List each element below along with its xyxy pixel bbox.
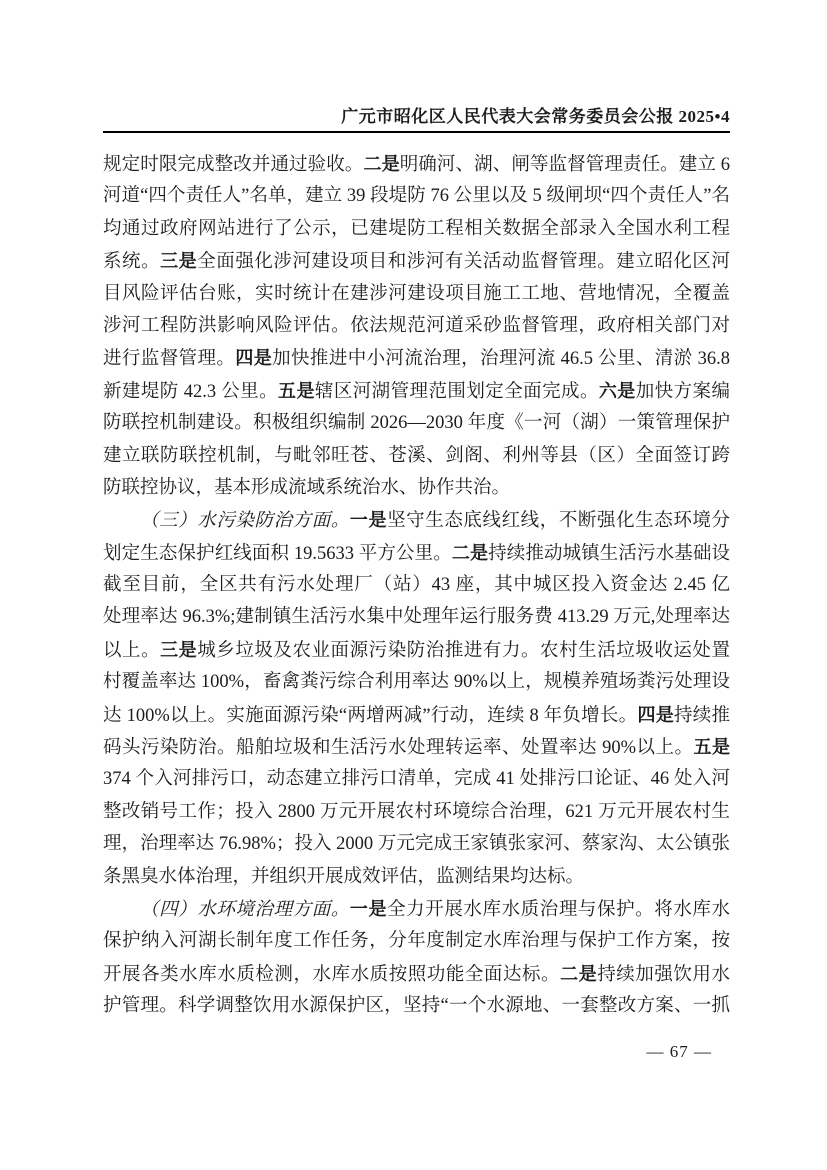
emphasis-run: 三是 bbox=[160, 251, 197, 271]
text-run: 规定时限完成整改并通过验收。 bbox=[103, 155, 363, 175]
gazette-header-title: 广元市昭化区人民代表大会常务委员会公报 2025•4 bbox=[103, 102, 730, 127]
text-line: 整改销号工作；投入 2800 万元开展农村环境综合治理，621 万元开展农村生活… bbox=[103, 796, 730, 828]
text-line: 均通过政府网站进行了公示，已建堤防工程相关数据全部录入全国水利工程运行管理 bbox=[103, 213, 730, 245]
text-run: 村覆盖率达 100%，畜禽粪污综合利用率达 90%以上，规模养殖场粪污处理设施配… bbox=[103, 672, 730, 698]
text-run: 涉河工程防洪影响风险评估。依法规范河道采砂监督管理，政府相关部门对采砂活动 bbox=[103, 316, 730, 342]
text-run: 系统。 bbox=[103, 252, 160, 272]
text-line: 达 100%以上。实施面源污染“两增两减”行动，连续 8 年负增长。四是持续推进… bbox=[103, 699, 730, 731]
text-line: 码头污染防治。船舶垃圾和生活污水处理转运率、处置率达 90%以上。五是全面排查 bbox=[103, 731, 730, 763]
emphasis-run: 四是 bbox=[637, 705, 674, 725]
text-run: 达 100%以上。实施面源污染“两增两减”行动，连续 8 年负增长。 bbox=[103, 706, 637, 726]
text-run: 条黑臭水体治理，并组织开展成效评估，监测结果均达标。 bbox=[103, 867, 584, 887]
text-line: 目风险评估台账，实时统计在建涉河建设项目施工工地、营地情况，全覆盖开展在建 bbox=[103, 278, 730, 310]
para-river-lake-supervision: 规定时限完成整改并通过验收。二是明确河、湖、闸等监督管理责任。建立 6 条山区河… bbox=[103, 148, 730, 504]
document-body: 规定时限完成整改并通过验收。二是明确河、湖、闸等监督管理责任。建立 6 条山区河… bbox=[103, 148, 730, 1023]
text-run: 进行监督管理。 bbox=[103, 349, 235, 369]
text-line: 村覆盖率达 100%，畜禽粪污综合利用率达 90%以上，规模养殖场粪污处理设施配… bbox=[103, 666, 730, 698]
text-line: 防联控协议，基本形成流域系统治水、协作共治。 bbox=[103, 472, 730, 504]
text-line: 规定时限完成整改并通过验收。二是明确河、湖、闸等监督管理责任。建立 6 条山区 bbox=[103, 148, 730, 180]
text-run: 城乡垃圾及农业面源污染防治推进有力。农村生活垃圾收运处置体系行政 bbox=[103, 641, 730, 666]
section-heading-run: （三）水污染防治方面。 bbox=[140, 511, 350, 531]
emphasis-run: 三是 bbox=[160, 640, 197, 660]
text-line: 截至目前，全区共有污水处理厂（站）43 座，其中城区投入资金达 2.45 亿元，… bbox=[103, 569, 730, 601]
text-run: 保护纳入河湖长制年度工作任务，分年度制定水库治理与保护工作方案，按季度全面 bbox=[103, 931, 730, 957]
text-run: 辖区河湖管理范围划定全面完成。 bbox=[315, 382, 599, 402]
text-run: 防联控协议，基本形成流域系统治水、协作共治。 bbox=[103, 478, 510, 498]
text-run: 截至目前，全区共有污水处理厂（站）43 座，其中城区投入资金达 2.45 亿元，… bbox=[103, 575, 730, 601]
text-line: 防联控机制建设。积极组织编制 2026—2030 年度《一河（湖）一策管理保护方… bbox=[103, 407, 730, 439]
text-line: 条黑臭水体治理，并组织开展成效评估，监测结果均达标。 bbox=[103, 861, 730, 893]
emphasis-run: 一是 bbox=[350, 899, 387, 919]
text-run: 374 个入河排污口，动态建立排污口清单，完成 41 处排污口论证、46 处入河… bbox=[103, 769, 730, 795]
text-run: 理，治理率达 76.98%；投入 2000 万元完成王家镇张家河、蔡家沟、太公镇… bbox=[103, 834, 730, 860]
header-rule bbox=[103, 131, 730, 133]
text-run: 防联控机制建设。积极组织编制 2026—2030 年度《一河（湖）一策管理保护方… bbox=[103, 413, 730, 439]
text-line: 处理率达 96.3%;建制镇生活污水集中处理年运行服务费 413.29 万元,处… bbox=[103, 601, 730, 633]
text-run: 新建堤防 42.3 公里。 bbox=[103, 382, 278, 402]
text-run: 划定生态保护红线面积 19.5633 平方公里。 bbox=[103, 544, 452, 564]
emphasis-run: 二是 bbox=[560, 964, 597, 984]
text-run: 目风险评估台账，实时统计在建涉河建设项目施工工地、营地情况，全覆盖开展在建 bbox=[103, 284, 730, 310]
text-run: 开展各类水库水质检测，水库水质按照功能全面达标。 bbox=[103, 965, 560, 985]
text-line: 374 个入河排污口，动态建立排污口清单，完成 41 处排污口论证、46 处入河… bbox=[103, 763, 730, 795]
emphasis-run: 二是 bbox=[363, 154, 399, 174]
text-run: 护管理。科学调整饮用水源保护区，坚持“一个水源地、一套整改方案、一抓到底” bbox=[103, 996, 730, 1022]
text-run: 以上。 bbox=[103, 641, 160, 661]
text-line: 建立联防联控机制，与毗邻旺苍、苍溪、剑阁、利州等县（区）全面签订跨界河流联 bbox=[103, 440, 730, 472]
text-run: 建立联防联控机制，与毗邻旺苍、苍溪、剑阁、利州等县（区）全面签订跨界河流联 bbox=[103, 446, 730, 472]
text-line: 以上。三是城乡垃圾及农业面源污染防治推进有力。农村生活垃圾收运处置体系行政 bbox=[103, 634, 730, 666]
text-run: 均通过政府网站进行了公示，已建堤防工程相关数据全部录入全国水利工程运行管理 bbox=[103, 219, 730, 245]
text-run: 整改销号工作；投入 2800 万元开展农村环境综合治理，621 万元开展农村生活… bbox=[103, 802, 730, 828]
emphasis-run: 五是 bbox=[278, 381, 315, 401]
para-water-pollution-prevention: （三）水污染防治方面。一是坚守生态底线红线，不断强化生态环境分区管控，划定生态保… bbox=[103, 504, 730, 893]
para-water-environment-governance: （四）水环境治理方面。一是全力开展水库水质治理与保护。将水库水质治理与保护纳入河… bbox=[103, 893, 730, 1023]
text-line: 护管理。科学调整饮用水源保护区，坚持“一个水源地、一套整改方案、一抓到底” bbox=[103, 990, 730, 1022]
text-line: 涉河工程防洪影响风险评估。依法规范河道采砂监督管理，政府相关部门对采砂活动 bbox=[103, 310, 730, 342]
emphasis-run: 六是 bbox=[599, 381, 636, 401]
text-line: 理，治理率达 76.98%；投入 2000 万元完成王家镇张家河、蔡家沟、太公镇… bbox=[103, 828, 730, 860]
text-run: 处理率达 96.3%;建制镇生活污水集中处理年运行服务费 413.29 万元,处… bbox=[103, 607, 730, 633]
text-line: 系统。三是全面强化涉河建设项目和涉河有关活动监督管理。建立昭化区河道建设项 bbox=[103, 245, 730, 277]
text-line: （四）水环境治理方面。一是全力开展水库水质治理与保护。将水库水质治理与 bbox=[103, 893, 730, 925]
emphasis-run: 一是 bbox=[350, 510, 387, 530]
page-number: — 67 — bbox=[103, 1042, 712, 1062]
text-line: 新建堤防 42.3 公里。五是辖区河湖管理范围划定全面完成。六是加快方案编制和联 bbox=[103, 375, 730, 407]
text-run: 河道“四个责任人”名单，建立 39 段堤防 76 公里以及 5 级闸坝“四个责任… bbox=[103, 186, 730, 212]
emphasis-run: 二是 bbox=[452, 543, 488, 563]
text-line: 开展各类水库水质检测，水库水质按照功能全面达标。二是持续加强饮用水水源地保 bbox=[103, 958, 730, 990]
text-run: 码头污染防治。船舶垃圾和生活污水处理转运率、处置率达 90%以上。 bbox=[103, 738, 694, 758]
text-run: 全面强化涉河建设项目和涉河有关活动监督管理。建立昭化区河道建设项 bbox=[103, 252, 730, 277]
section-heading-run: （四）水环境治理方面。 bbox=[140, 900, 350, 920]
emphasis-run: 五是 bbox=[694, 737, 731, 757]
text-line: 保护纳入河湖长制年度工作任务，分年度制定水库治理与保护工作方案，按季度全面 bbox=[103, 925, 730, 957]
text-line: 河道“四个责任人”名单，建立 39 段堤防 76 公里以及 5 级闸坝“四个责任… bbox=[103, 180, 730, 212]
gazette-page: 广元市昭化区人民代表大会常务委员会公报 2025•4 规定时限完成整改并通过验收… bbox=[0, 0, 827, 1170]
text-line: 进行监督管理。四是加快推进中小河流治理，治理河流 46.5 公里、清淤 36.8… bbox=[103, 342, 730, 374]
text-line: （三）水污染防治方面。一是坚守生态底线红线，不断强化生态环境分区管控， bbox=[103, 504, 730, 536]
text-line: 划定生态保护红线面积 19.5633 平方公里。二是持续推动城镇生活污水基础设施… bbox=[103, 537, 730, 569]
emphasis-run: 四是 bbox=[235, 348, 272, 368]
